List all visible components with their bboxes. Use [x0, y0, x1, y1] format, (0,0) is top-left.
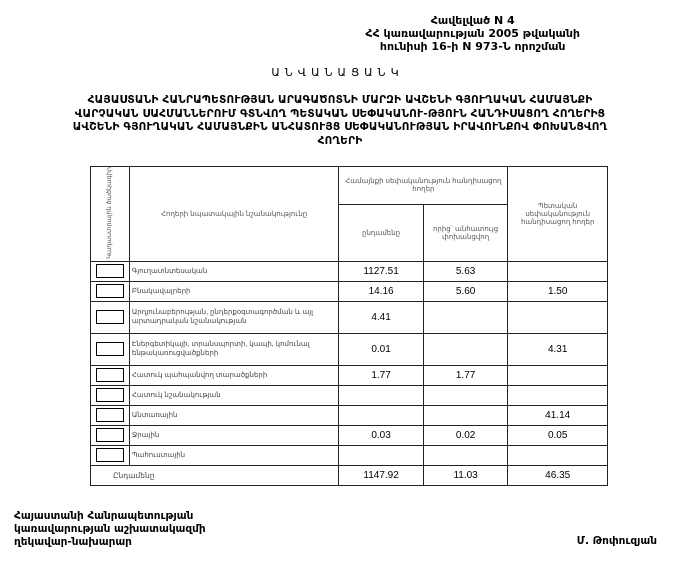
- code-box: [96, 284, 124, 298]
- document-subtitle: ՀԱՅԱՍՏԱՆԻ ՀԱՆՐԱՊԵՏՈՒԹՅԱՆ ԱՐԱԳԱԾՈՏՆԻ ՄԱՐԶ…: [70, 94, 610, 148]
- row-v3: [508, 365, 608, 385]
- row-name: Անտառային: [129, 405, 338, 425]
- code-cell: [91, 405, 130, 425]
- row-v2: [423, 301, 508, 333]
- row-v1: 1127.51: [339, 261, 423, 281]
- row-name: Հատուկ պահպանվող տարածքների: [129, 365, 338, 385]
- code-box: [96, 310, 124, 324]
- row-v1: [339, 405, 423, 425]
- row-name: Ջրային: [129, 425, 338, 445]
- code-cell: [91, 261, 130, 281]
- code-box: [96, 428, 124, 442]
- code-cell: [91, 445, 130, 465]
- table-row: Էներգետիկայի, տրանսպորտի, կապի, կոմունալ…: [91, 333, 608, 365]
- row-v2: 1.77: [423, 365, 508, 385]
- header-name: Հողերի նպատակային նշանակությունը: [129, 167, 338, 262]
- row-name: Գյուղատնտեսական: [129, 261, 338, 281]
- header-code-label: Կադաստրային ծածկագիր: [106, 167, 114, 259]
- header-group: Համայնքի սեփականություն հանդիսացող հողեր: [339, 167, 508, 205]
- table-row: Հատուկ պահպանվող տարածքների1.771.77: [91, 365, 608, 385]
- signer-title: ղեկավար-նախարար: [14, 536, 206, 549]
- total-v3: 46.35: [508, 465, 608, 485]
- table-row: Հատուկ նշանակության: [91, 385, 608, 405]
- row-v2: [423, 445, 508, 465]
- code-cell: [91, 425, 130, 445]
- row-v1: [339, 385, 423, 405]
- code-cell: [91, 365, 130, 385]
- header-total: ընդամենը: [339, 204, 423, 261]
- annex-decree-date: հունիսի 16-ի N 973-Ն որոշման: [365, 40, 580, 53]
- row-v2: 5.63: [423, 261, 508, 281]
- row-v3: 0.05: [508, 425, 608, 445]
- total-label: Ընդամենը: [91, 465, 339, 485]
- row-name: Էներգետիկայի, տրանսպորտի, կապի, կոմունալ…: [129, 333, 338, 365]
- header-incl: որից` անհատույց փոխանցվող: [423, 204, 508, 261]
- row-v3: [508, 385, 608, 405]
- row-name: Պահուստային: [129, 445, 338, 465]
- table-row: Բնակավայրերի14.165.601.50: [91, 281, 608, 301]
- table-row: Գյուղատնտեսական1127.515.63: [91, 261, 608, 281]
- row-name: Արդյունաբերության, ընդերքօգտագործման և ա…: [129, 301, 338, 333]
- row-v3: 4.31: [508, 333, 608, 365]
- code-box: [96, 264, 124, 278]
- code-box: [96, 368, 124, 382]
- row-v1: 1.77: [339, 365, 423, 385]
- code-box: [96, 408, 124, 422]
- header-code: Կադաստրային ծածկագիր: [91, 167, 130, 262]
- code-cell: [91, 385, 130, 405]
- table-row: Պահուստային: [91, 445, 608, 465]
- row-v2: 5.60: [423, 281, 508, 301]
- total-v1: 1147.92: [339, 465, 423, 485]
- row-v1: 0.03: [339, 425, 423, 445]
- row-name: Բնակավայրերի: [129, 281, 338, 301]
- row-v1: 14.16: [339, 281, 423, 301]
- annex-header: Հավելված N 4 ՀՀ կառավարության 2005 թվակա…: [365, 14, 580, 53]
- row-v2: [423, 333, 508, 365]
- code-box: [96, 388, 124, 402]
- table-row: Անտառային41.14: [91, 405, 608, 425]
- row-v2: [423, 405, 508, 425]
- table-total-row: Ընդամենը 1147.92 11.03 46.35: [91, 465, 608, 485]
- signatory-name: Մ. Թոփուզյան: [577, 535, 657, 547]
- row-v2: 0.02: [423, 425, 508, 445]
- row-v3: 1.50: [508, 281, 608, 301]
- code-box: [96, 342, 124, 356]
- table-row: Արդյունաբերության, ընդերքօգտագործման և ա…: [91, 301, 608, 333]
- row-v2: [423, 385, 508, 405]
- row-v3: [508, 301, 608, 333]
- row-v1: 0.01: [339, 333, 423, 365]
- annex-decree-line: ՀՀ կառավարության 2005 թվականի: [365, 27, 580, 40]
- header-state: Պետական սեփականություն հանդիսացող հողեր: [508, 167, 608, 262]
- row-v3: [508, 445, 608, 465]
- table-row: Ջրային0.030.020.05: [91, 425, 608, 445]
- row-v3: 41.14: [508, 405, 608, 425]
- row-v3: [508, 261, 608, 281]
- document-title: ԱՆՎԱՆԱՑԱՆԿ: [0, 66, 675, 79]
- row-v1: 4.41: [339, 301, 423, 333]
- code-box: [96, 448, 124, 462]
- code-cell: [91, 301, 130, 333]
- total-v2: 11.03: [423, 465, 508, 485]
- signer-org-1: Հայաստանի Հանրապետության: [14, 510, 206, 523]
- code-cell: [91, 333, 130, 365]
- signature-block: Հայաստանի Հանրապետության կառավարության ա…: [14, 510, 206, 549]
- code-cell: [91, 281, 130, 301]
- land-table: Կադաստրային ծածկագիր Հողերի նպատակային ն…: [90, 166, 608, 486]
- row-v1: [339, 445, 423, 465]
- annex-number: Հավելված N 4: [365, 14, 580, 27]
- row-name: Հատուկ նշանակության: [129, 385, 338, 405]
- signer-org-2: կառավարության աշխատակազմի: [14, 523, 206, 536]
